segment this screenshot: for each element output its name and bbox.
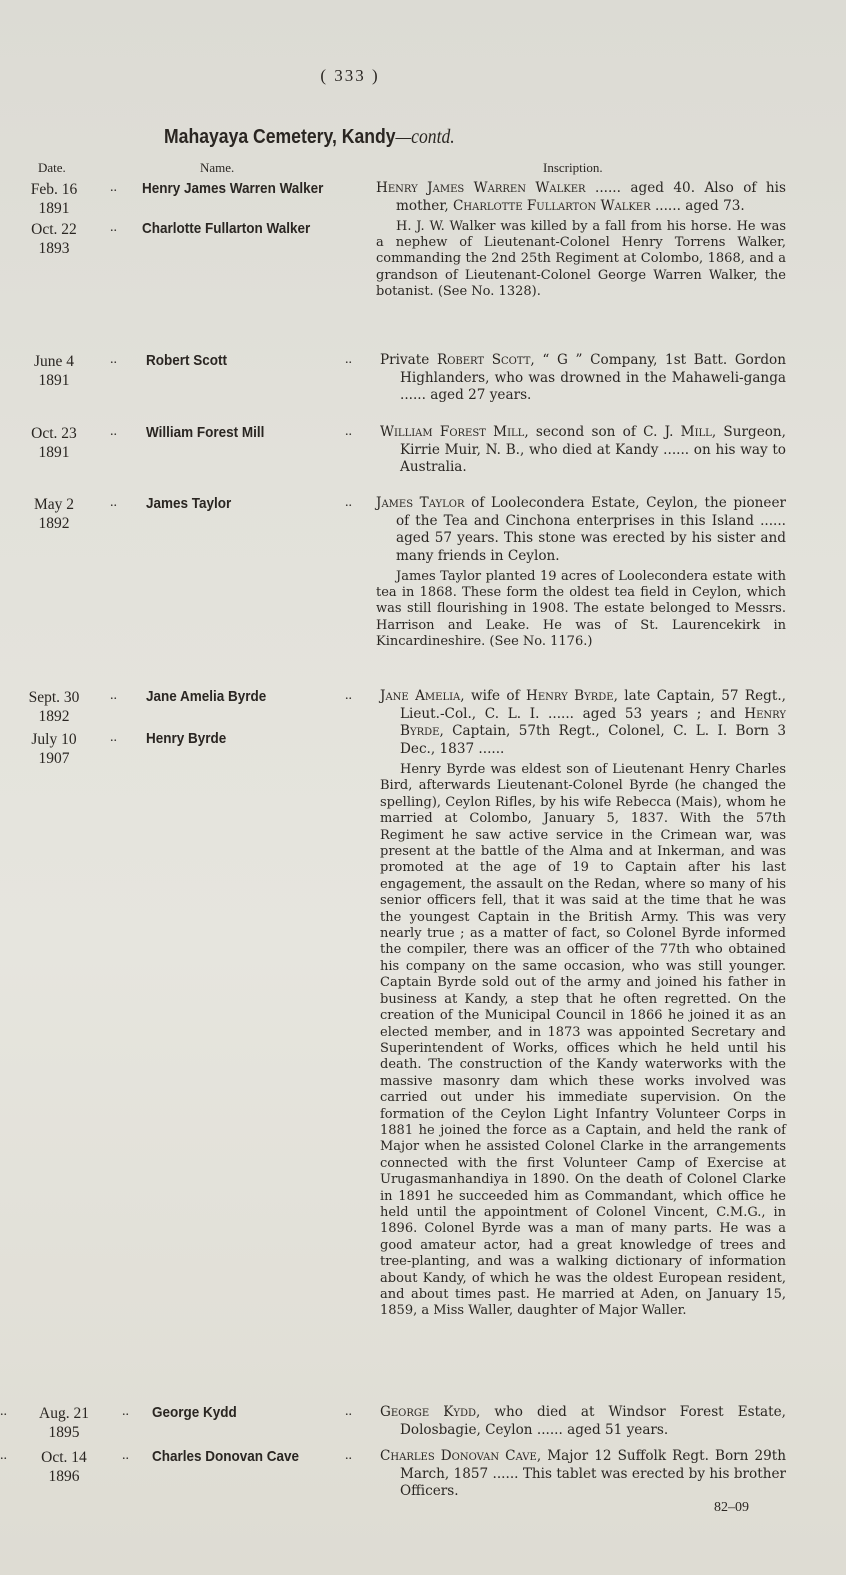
leader-dots: ..: [345, 352, 352, 368]
entry-date: Sept. 301892: [20, 688, 88, 726]
leader-dots: ..: [345, 1404, 352, 1420]
catalog-mark: 82–09: [714, 1500, 749, 1516]
leader-dots: ..: [122, 1448, 129, 1464]
leader-dots: ..: [345, 495, 352, 511]
leader-dots: ..: [0, 1404, 7, 1420]
leader-dots: ..: [110, 180, 117, 196]
inscription-note: H. J. W. Walker was killed by a fall fro…: [376, 219, 786, 300]
column-header-inscription: Inscription.: [543, 160, 603, 176]
column-header-name: Name.: [200, 160, 234, 176]
inscription: Charles Donovan Cave, Major 12 Suffolk R…: [380, 1448, 786, 1501]
entry-date: July 101907: [20, 730, 88, 768]
leader-dots: ..: [110, 730, 117, 746]
entry-name: Henry James Warren Walker: [142, 180, 323, 197]
leader-dots: ..: [110, 495, 117, 511]
inscription: William Forest Mill, second son of C. J.…: [380, 424, 786, 477]
inscription: Jane Amelia, wife of Henry Byrde, late C…: [380, 688, 786, 1320]
leader-dots: ..: [110, 352, 117, 368]
entry-date: June 41891: [20, 352, 88, 390]
entry-date: May 21892: [20, 495, 88, 533]
leader-dots: ..: [122, 1404, 129, 1420]
entry-date: Oct. 221893: [20, 220, 88, 258]
leader-dots: ..: [110, 220, 117, 236]
inscription: Henry James Warren Walker ...... aged 40…: [376, 180, 786, 300]
leader-dots: ..: [0, 1448, 7, 1464]
leader-dots: ..: [110, 688, 117, 704]
entry-name: George Kydd: [152, 1404, 237, 1421]
entry-name: William Forest Mill: [146, 424, 264, 441]
leader-dots: ..: [345, 424, 352, 440]
entry-date: Aug. 211895: [30, 1404, 98, 1442]
page-number: ( 333 ): [0, 66, 700, 86]
inscription: James Taylor of Loolecondera Estate, Cey…: [376, 495, 786, 650]
entry-name: Charles Donovan Cave: [152, 1448, 299, 1465]
leader-dots: ..: [345, 688, 352, 704]
entry-name: James Taylor: [146, 495, 231, 512]
leader-dots: ..: [345, 1448, 352, 1464]
inscription: George Kydd, who died at Windsor Forest …: [380, 1404, 786, 1439]
entry-date: Feb. 161891: [20, 180, 88, 218]
entry-name: Charlotte Fullarton Walker: [142, 220, 310, 237]
entry-name: Henry Byrde: [146, 730, 226, 747]
entry-name: Jane Amelia Byrde: [146, 688, 266, 705]
entry-name: Robert Scott: [146, 352, 227, 369]
leader-dots: ..: [110, 424, 117, 440]
inscription: Private Robert Scott, “ G ” Company, 1st…: [380, 352, 786, 405]
section-title: Mahayaya Cemetery, Kandy—contd.: [164, 126, 455, 149]
entry-date: Oct. 141896: [30, 1448, 98, 1486]
inscription-note: James Taylor planted 19 acres of Looleco…: [376, 569, 786, 650]
inscription-note: Henry Byrde was eldest son of Lieutenant…: [380, 762, 786, 1320]
entry-date: Oct. 231891: [20, 424, 88, 462]
column-header-date: Date.: [38, 160, 66, 176]
